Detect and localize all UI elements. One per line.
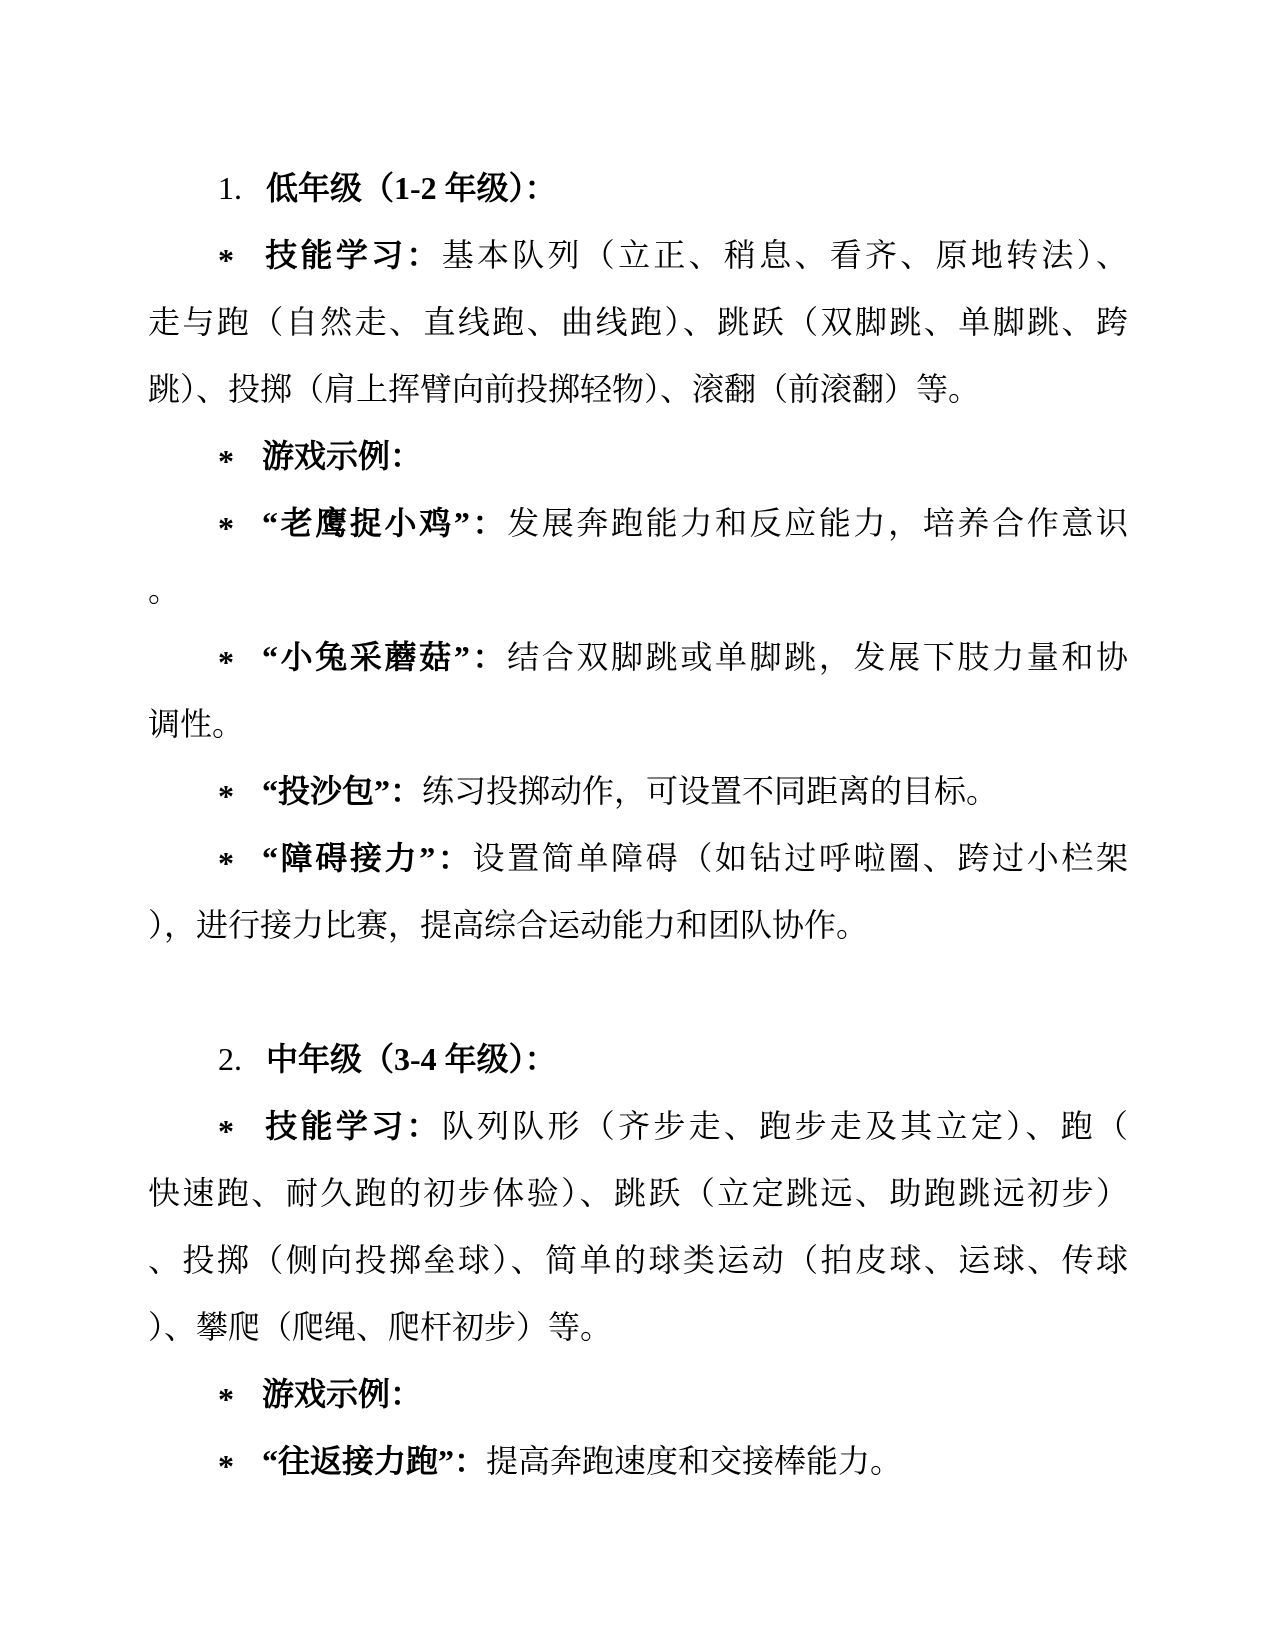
bold-label: 游戏示例： (262, 438, 422, 474)
blank-line (148, 959, 1128, 1026)
bold-label: 低年级（1-2 年级）： (266, 170, 557, 206)
bold-label: 中年级（3-4 年级）： (266, 1041, 557, 1077)
text-line: 跳）、投掷（肩上挥臂向前投掷轻物）、滚翻（前滚翻）等。 (148, 356, 1128, 423)
text-segment: 调性。 (148, 706, 244, 742)
text-segment: 基本队列（立正、稍息、看齐、原地转法）、 (442, 237, 1128, 273)
text-segment: 设置简单障碍（如钻过呼啦圈、跨过小栏架 (472, 840, 1128, 876)
section-2-heading: 2.中年级（3-4 年级）： (148, 1026, 1128, 1093)
text-line: 、投掷（侧向投掷垒球）、简单的球类运动（拍皮球、运球、传球 (148, 1227, 1128, 1294)
bullet-skills-2: *技能学习：队列队形（齐步走、跑步走及其立定）、跑（ (148, 1093, 1128, 1160)
bold-label: “小兔采蘑菇”： (262, 639, 507, 675)
bold-label: “障碍接力”： (262, 840, 472, 876)
text-segment: ）、攀爬（爬绳、爬杆初步）等。 (148, 1309, 612, 1345)
bullet-asterisk: * (218, 227, 234, 294)
list-number: 2. (218, 1041, 242, 1077)
document-page: 1.低年级（1-2 年级）：*技能学习：基本队列（立正、稍息、看齐、原地转法）、… (0, 0, 1275, 1650)
text-segment: 提高奔跑速度和交接棒能力。 (486, 1443, 902, 1479)
bullet-asterisk: * (218, 830, 234, 897)
bullet-skills-1: *技能学习：基本队列（立正、稍息、看齐、原地转法）、 (148, 222, 1128, 289)
document-text-block: 1.低年级（1-2 年级）：*技能学习：基本队列（立正、稍息、看齐、原地转法）、… (148, 155, 1128, 1495)
text-line: 快速跑、耐久跑的初步体验）、跳跃（立定跳远、助跑跳远初步） (148, 1160, 1128, 1227)
text-segment: ），进行接力比赛，提高综合运动能力和团队协作。 (148, 907, 868, 943)
text-segment: 走与跑（自然走、直线跑、曲线跑）、跳跃（双脚跳、单脚跳、跨 (148, 304, 1128, 340)
bullet-asterisk: * (218, 1366, 234, 1433)
text-segment: 结合双脚跳或单脚跳，发展下肢力量和协 (507, 639, 1128, 675)
text-line: ）、攀爬（爬绳、爬杆初步）等。 (148, 1294, 1128, 1361)
bullet-asterisk: * (218, 1433, 234, 1500)
bullet-asterisk: * (218, 1098, 234, 1165)
bullet-game-obstacle-relay: *“障碍接力”：设置简单障碍（如钻过呼啦圈、跨过小栏架 (148, 825, 1128, 892)
text-line: 调性。 (148, 691, 1128, 758)
text-line: 走与跑（自然走、直线跑、曲线跑）、跳跃（双脚跳、单脚跳、跨 (148, 289, 1128, 356)
text-segment: 队列队形（齐步走、跑步走及其立定）、跑（ (442, 1108, 1128, 1144)
bold-label: 技能学习： (262, 237, 442, 273)
bullet-game-eagle-chick: *“老鹰捉小鸡”：发展奔跑能力和反应能力，培养合作意识 (148, 490, 1128, 557)
text-segment: 发展奔跑能力和反应能力，培养合作意识 (507, 505, 1128, 541)
text-line: ），进行接力比赛，提高综合运动能力和团队协作。 (148, 892, 1128, 959)
text-segment: 快速跑、耐久跑的初步体验）、跳跃（立定跳远、助跑跳远初步） (148, 1175, 1128, 1211)
text-segment: 。 (148, 572, 180, 608)
bullet-asterisk: * (218, 629, 234, 696)
list-number: 1. (218, 170, 242, 206)
text-segment: 跳）、投掷（肩上挥臂向前投掷轻物）、滚翻（前滚翻）等。 (148, 371, 980, 407)
bullet-game-examples-1: *游戏示例： (148, 423, 1128, 490)
bold-label: 技能学习： (262, 1108, 442, 1144)
text-segment: 练习投掷动作，可设置不同距离的目标。 (422, 773, 998, 809)
bullet-game-examples-2: *游戏示例： (148, 1361, 1128, 1428)
bullet-asterisk: * (218, 763, 234, 830)
bullet-asterisk: * (218, 428, 234, 495)
bold-label: “老鹰捉小鸡”： (262, 505, 507, 541)
section-1-heading: 1.低年级（1-2 年级）： (148, 155, 1128, 222)
bullet-game-sandbag-throw: *“投沙包”：练习投掷动作，可设置不同距离的目标。 (148, 758, 1128, 825)
text-line: 。 (148, 557, 1128, 624)
bold-label: “投沙包”： (262, 773, 422, 809)
bold-label: 游戏示例： (262, 1376, 422, 1412)
bullet-asterisk: * (218, 495, 234, 562)
text-segment: 、投掷（侧向投掷垒球）、简单的球类运动（拍皮球、运球、传球 (148, 1242, 1128, 1278)
bold-label: “往返接力跑”： (262, 1443, 486, 1479)
bullet-game-shuttle-relay: *“往返接力跑”：提高奔跑速度和交接棒能力。 (148, 1428, 1128, 1495)
bullet-game-rabbit-mushroom: *“小兔采蘑菇”：结合双脚跳或单脚跳，发展下肢力量和协 (148, 624, 1128, 691)
